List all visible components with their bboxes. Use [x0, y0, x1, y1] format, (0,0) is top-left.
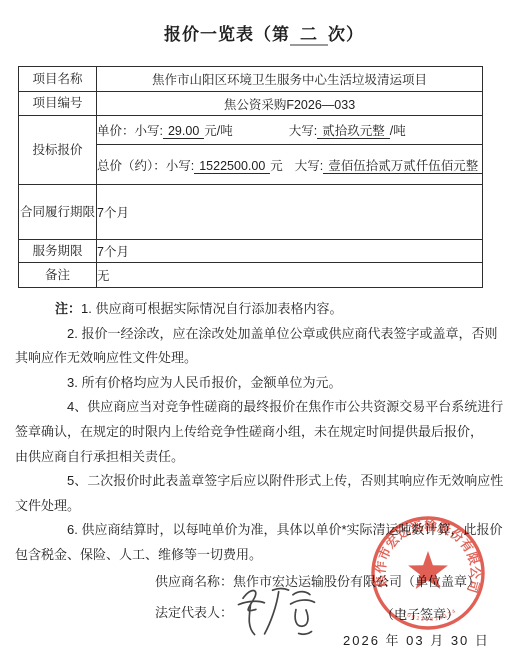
contract-period-label: 合同履行期限	[19, 185, 97, 240]
total-price-prefix: 总价（约）：小写:	[97, 159, 194, 173]
handwritten-signature	[232, 578, 320, 644]
remark-label: 备注	[19, 263, 97, 288]
table-row: 备注 无	[19, 263, 483, 288]
page-title: 报价一览表（第二次）	[0, 20, 528, 45]
total-price-line: 总价（约）：小写:1522500.00元大写:壹佰伍拾贰万贰仟伍佰元整	[97, 145, 483, 185]
project-no-label: 项目编号	[19, 92, 97, 116]
title-round-number: 二	[290, 25, 328, 46]
note-line: 2. 报价一经涂改，应在涂改处加盖单位公章或供应商代表签字或盖章，否则	[14, 322, 516, 347]
service-period-value: 7个月	[97, 240, 483, 263]
total-price-daxie-label: 大写:	[295, 159, 323, 173]
title-prefix: 报价一览表（第	[164, 25, 290, 44]
stamp-star	[408, 551, 448, 589]
note-line: 4、供应商应当对竞争性磋商的最终报价在焦作市公共资源交易平台系统进行	[14, 395, 516, 420]
unit-price-amount: 29.00	[163, 124, 204, 139]
total-price-unit: 元	[270, 159, 283, 173]
table-row: 服务期限 7个月	[19, 240, 483, 263]
quotation-table: 项目名称 焦作市山阳区环境卫生服务中心生活垃圾清运项目 项目编号 焦公资采购F2…	[18, 66, 483, 288]
unit-price-prefix: 单价：小写:	[97, 124, 163, 138]
unit-price-line: 单价：小写:29.00元/吨大写:贰拾玖元整/吨	[97, 116, 483, 145]
unit-price-daxie-unit: /吨	[390, 124, 406, 138]
supplier-label: 供应商名称：	[155, 574, 233, 589]
legal-rep-line: 法定代表人：	[155, 602, 233, 621]
stamp-serial-text: 4108110815124	[397, 608, 458, 623]
note-line: 签章确认，在规定的时限内上传给竞争性磋商小组，未在规定时间提供最后报价，	[14, 420, 516, 445]
note-line: 3. 所有价格均应为人民币报价，金额单位为元。	[14, 371, 516, 396]
total-price-daxie: 壹佰伍拾贰万贰仟伍佰元整	[323, 159, 482, 174]
title-suffix: 次）	[328, 25, 364, 44]
legal-rep-label: 法定代表人：	[155, 605, 233, 620]
table-row: 项目编号 焦公资采购F2026—033	[19, 92, 483, 116]
unit-price-daxie: 贰拾玖元整	[317, 124, 390, 139]
company-stamp: 焦作市宏达运输股份有限公司 4108110815124	[366, 511, 490, 635]
quotation-document: 报价一览表（第二次） 项目名称 焦作市山阳区环境卫生服务中心生活垃圾清运项目 项…	[0, 0, 528, 652]
project-no-value: 焦公资采购F2026—033	[97, 92, 483, 116]
unit-price-daxie-label: 大写:	[289, 124, 317, 138]
table-row: 合同履行期限 7个月	[19, 185, 483, 240]
total-price-amount: 1522500.00	[194, 159, 270, 174]
unit-price-unit: 元/吨	[204, 124, 232, 138]
project-name-label: 项目名称	[19, 67, 97, 92]
bid-price-label: 投标报价	[19, 116, 97, 185]
contract-period-value: 7个月	[97, 185, 483, 240]
svg-text:4108110815124: 4108110815124	[397, 608, 458, 623]
service-period-label: 服务期限	[19, 240, 97, 263]
note-line: 由供应商自行承担相关责任。	[14, 445, 516, 470]
table-row: 投标报价 单价：小写:29.00元/吨大写:贰拾玖元整/吨	[19, 116, 483, 145]
note-label: 注：	[55, 301, 81, 316]
note-line: 5、二次报价时此表盖章签字后应以附件形式上传，否则其响应作无效响应性	[14, 469, 516, 494]
note-line: 其响应作无效响应性文件处理。	[14, 346, 516, 371]
table-row: 项目名称 焦作市山阳区环境卫生服务中心生活垃圾清运项目	[19, 67, 483, 92]
project-name-value: 焦作市山阳区环境卫生服务中心生活垃圾清运项目	[97, 67, 483, 92]
remark-value: 无	[97, 263, 483, 288]
note-line: 注：1. 供应商可根据实际情况自行添加表格内容。	[14, 297, 516, 322]
